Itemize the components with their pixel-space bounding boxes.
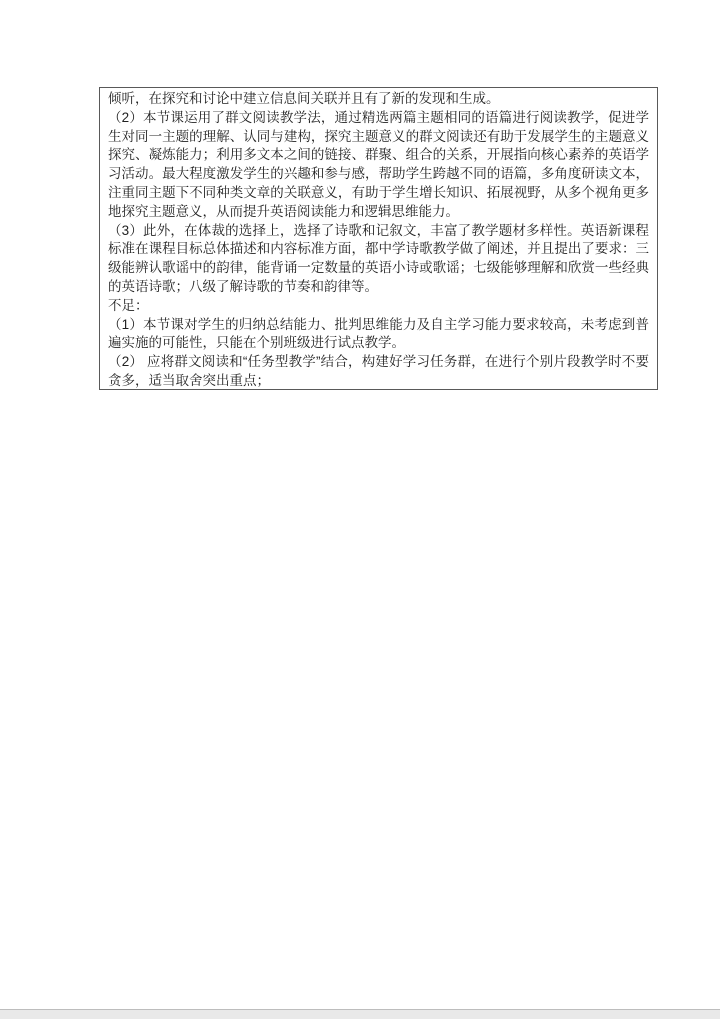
cell-paragraph: 不足：	[108, 297, 649, 316]
cell-paragraph: （2） 应将群文阅读和“任务型教学”结合，构建好学习任务群，在进行个别片段教学时…	[108, 353, 649, 390]
cell-paragraph: （2）本节课运用了群文阅读教学法，通过精选两篇主题相同的语篇进行阅读教学，促进学…	[108, 109, 649, 222]
cell-paragraph: （1）本节课对学生的归纳总结能力、批判思维能力及自主学习能力要求较高，未考虑到普…	[108, 316, 649, 354]
cell-paragraph: 倾听，在探究和讨论中建立信息间关联并且有了新的发现和生成。	[108, 90, 649, 109]
table-cell: 倾听，在探究和讨论中建立信息间关联并且有了新的发现和生成。 （2）本节课运用了群…	[99, 87, 658, 390]
document-page: 倾听，在探究和讨论中建立信息间关联并且有了新的发现和生成。 （2）本节课运用了群…	[0, 0, 720, 1019]
page-break-gap	[0, 1009, 720, 1019]
cell-paragraph: （3）此外，在体裁的选择上，选择了诗歌和记叙文，丰富了教学题材多样性。英语新课程…	[108, 222, 649, 297]
